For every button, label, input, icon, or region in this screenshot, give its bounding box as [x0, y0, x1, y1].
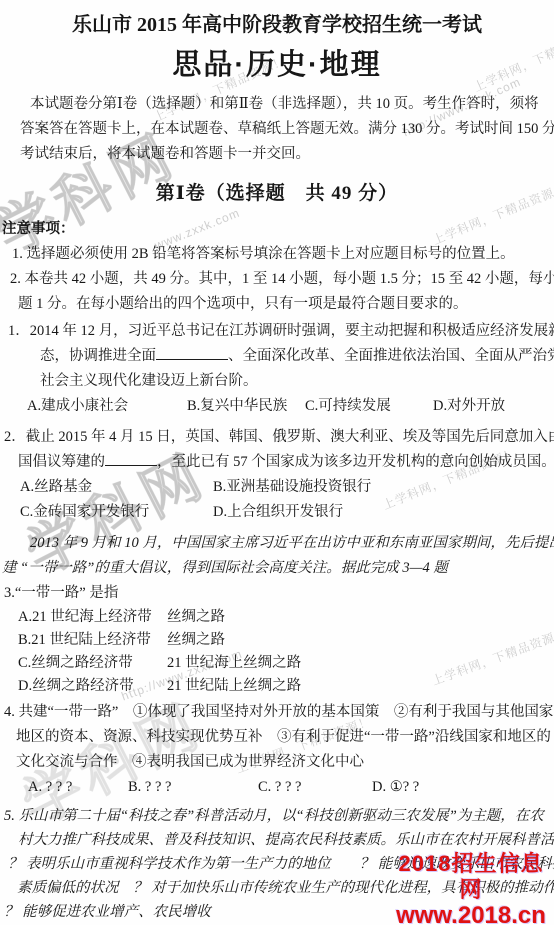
q3-option-d: D.丝绸之路经济带 21 世纪陆上丝绸之路 [0, 675, 554, 698]
q2-option-b: B.亚洲基础设施投资银行 [213, 475, 371, 500]
red-watermark: 2018招生信息网 www.2018.cn [388, 851, 554, 925]
section1-heading: 第Ⅰ卷（选择题 共 49 分） [0, 179, 554, 209]
notice-item-1: 1. 选择题必须使用 2B 铅笔将答案标号填涂在答题卡上对应题目标号的位置上。 [0, 242, 554, 267]
question-1-stem: 1．2014 年 12 月，习近平总书记在江苏调研时强调，要主动把握和积极适应经… [0, 319, 554, 344]
q2-text-pre: 国倡议筹建的 [18, 454, 105, 470]
question-4-options: A. ? ? ? B. ? ? ? C. ? ? ? D. ①? ? [0, 775, 554, 800]
intro-line: 本试题卷分第Ⅰ卷（选择题）和第Ⅱ卷（非选择题），共 10 页。考生作答时，须将 [0, 92, 554, 117]
q1-option-c: C.可持续发展 [305, 394, 433, 419]
red-watermark-sitename: 2018招生信息网 [388, 851, 554, 903]
q4-option-d: D. ①? ? [372, 775, 419, 800]
notice-title: 注意事项： [0, 217, 554, 242]
exam-subject: 思品·历史·地理 [0, 44, 554, 86]
q2-text-post: ，至此已有 57 个国家成为该多边开发机构的意向创始成员国。 [157, 454, 554, 470]
q2-option-c: C.金砖国家开发银行 [20, 500, 213, 525]
q4-option-c: C. ? ? ? [258, 775, 372, 800]
question-3-stem: 3.“一带一路” 是指 [0, 581, 554, 606]
q3-option-b: B.21 世纪陆上经济带 丝绸之路 [0, 629, 554, 652]
notice-item-2-cont: 题 1 分。在每小题给出的四个选项中，只有一项是最符合题目要求的。 [0, 292, 554, 317]
q3-option-b-right: 丝绸之路 [167, 629, 225, 652]
red-watermark-url: www.2018.cn [388, 903, 554, 925]
q1-text-pre: 态，协调推进全面 [40, 348, 156, 364]
intro-line: 考试结束后，将本试题卷和答题卡一并交回。 [0, 142, 554, 167]
question-1-stem-cont: 社会主义现代化建设迈上新台阶。 [0, 369, 554, 394]
q3-option-a-left: A.21 世纪海上经济带 [18, 606, 167, 629]
q3-option-a: A.21 世纪海上经济带 丝绸之路 [0, 606, 554, 629]
passage-3-4-line: 建 “一带一路”的重大倡议，得到国际社会高度关注。据此完成 3—4 题 [0, 556, 554, 581]
question-4-stem-cont: 地区的资本、资源、科技实现优势互补 ③有利于促进“一带一路”沿线国家和地区的 [0, 725, 554, 750]
q3-option-b-left: B.21 世纪陆上经济带 [18, 629, 167, 652]
q2-option-d: D.上合组织开发银行 [213, 500, 343, 525]
question-4-stem-cont: 文化交流与合作 ④表明我国已成为世界经济文化中心 [0, 750, 554, 775]
answer-blank [105, 452, 157, 466]
notice-item-2: 2. 本卷共 42 小题，共 49 分。其中，1 至 14 小题，每小题 1.5… [0, 267, 554, 292]
question-5-stem-cont: 村大力推广科技成果、普及科技知识、提高农民科技素质。乐山市在农村开展科普活动 [0, 828, 554, 852]
q3-option-c: C.丝绸之路经济带 21 世纪海上丝绸之路 [0, 652, 554, 675]
passage-3-4-line: 2013 年 9 月和 10 月，中国国家主席习近平在出访中亚和东南亚国家期间，… [0, 531, 554, 556]
question-2-options-row2: C.金砖国家开发银行 D.上合组织开发银行 [0, 500, 554, 525]
q1-option-a: A.建成小康社会 [27, 394, 187, 419]
q3-option-d-right: 21 世纪陆上丝绸之路 [167, 675, 301, 698]
question-1-options: A.建成小康社会 B.复兴中华民族 C.可持续发展 D.对外开放 [0, 394, 554, 419]
question-2-options-row1: A.丝路基金 B.亚洲基础设施投资银行 [0, 475, 554, 500]
q1-text-post: 、全面深化改革、全面推进依法治国、全面从严治党，推动 [228, 348, 554, 364]
answer-blank [156, 346, 228, 360]
q2-option-a: A.丝路基金 [20, 475, 213, 500]
q3-option-c-left: C.丝绸之路经济带 [18, 652, 167, 675]
q3-option-c-right: 21 世纪海上丝绸之路 [167, 652, 301, 675]
exam-title: 乐山市 2015 年高中阶段教育学校招生统一考试 [0, 0, 554, 40]
q1-option-b: B.复兴中华民族 [187, 394, 305, 419]
question-2-stem-cont: 国倡议筹建的，至此已有 57 个国家成为该多边开发机构的意向创始成员国。 [0, 450, 554, 475]
q4-option-a: A. ? ? ? [28, 775, 128, 800]
q3-option-d-left: D.丝绸之路经济带 [18, 675, 167, 698]
q1-option-d: D.对外开放 [433, 394, 505, 419]
exam-paper-page: 学科网 上学科网，下精品资源！ http://www.zxxk.com 上学科网… [0, 0, 554, 925]
q3-option-a-right: 丝绸之路 [167, 606, 225, 629]
question-4-stem: 4. 共建“一带一路” ①体现了我国坚持对外开放的基本国策 ②有利于我国与其他国… [0, 700, 554, 725]
question-2-stem: 2．截止 2015 年 4 月 15 日，英国、韩国、俄罗斯、澳大利亚、埃及等国… [0, 425, 554, 450]
intro-line: 答案答在答题卡上，在本试题卷、草稿纸上答题无效。满分 130 分。考试时间 15… [0, 117, 554, 142]
question-5-stem: 5. 乐山市第二十届“科技之春”科普活动月，以“科技创新驱动三农发展”为主题，在… [0, 804, 554, 828]
q4-option-b: B. ? ? ? [128, 775, 258, 800]
question-1-stem-cont: 态，协调推进全面、全面深化改革、全面推进依法治国、全面从严治党，推动 [0, 344, 554, 369]
